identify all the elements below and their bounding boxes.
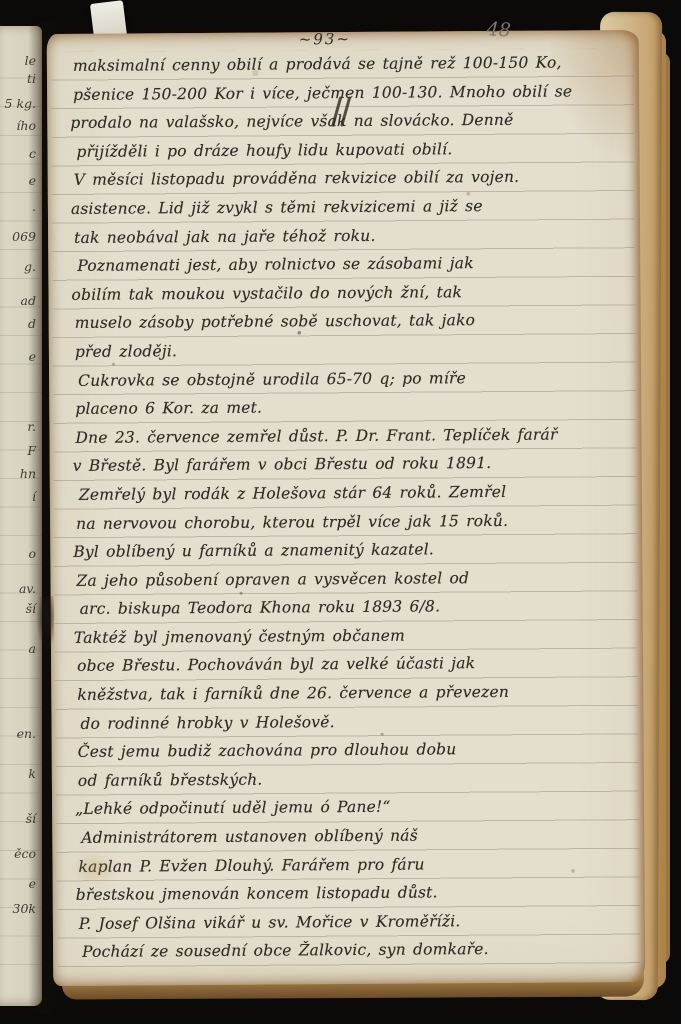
page-fragment: 069 (12, 229, 36, 244)
page-fragment: e (29, 876, 36, 891)
manuscript-line: Dne 23. července zemřel důst. P. Dr. Fra… (53, 420, 636, 453)
manuscript-line: Pochází ze sousední obce Žalkovic, syn d… (57, 934, 640, 967)
page-fragment: av. (19, 581, 36, 596)
manuscript-line: od farníků břestských. (56, 763, 639, 796)
page-fragment: g. (24, 259, 36, 274)
manuscript-line: arc. biskupa Teodora Khona roku 1893 6/8… (55, 591, 638, 624)
manuscript-line: přijížděli i po dráze houfy lidu kupovat… (51, 134, 634, 167)
left-page: leti5 kg.íhoce.069g.adder.Fhníoav.šíaen.… (0, 26, 42, 1006)
page-fragment: ší (26, 601, 36, 616)
manuscript-line: Za jeho působení opraven a vysvěcen kost… (54, 563, 637, 596)
page-fragment: ti (27, 71, 36, 86)
manuscript-line: V měsíci listopadu prováděna rekvizice o… (52, 162, 635, 195)
manuscript-lines: maksimalní cenny obilí a prodává se tajn… (51, 48, 640, 967)
page-number-pencil: 48 (486, 18, 512, 41)
manuscript-line: muselo zásoby potřebné sobě uschovat, ta… (53, 305, 636, 338)
manuscript-line: v Břestě. Byl farářem v obci Břestu od r… (54, 448, 637, 481)
manuscript-line: před zloději. (53, 334, 636, 367)
manuscript-line: Čest jemu budiž zachována pro dlouhou do… (56, 734, 639, 767)
ink-crossout-marks (335, 96, 357, 130)
manuscript-line: do rodinné hrobky v Holešově. (55, 706, 638, 739)
ink-smudge (36, 596, 54, 650)
page-fragment: en. (17, 726, 36, 741)
manuscript-line: kaplan P. Evžen Dlouhý. Farářem pro fáru (56, 849, 639, 882)
paper-stain (70, 852, 118, 886)
manuscript-line: břestskou jmenován koncem listopadu důst… (57, 877, 640, 910)
manuscript-line: Byl oblíbený u farníků a znamenitý kazat… (54, 534, 637, 567)
manuscript-line: kněžstva, tak i farníků dne 26. července… (55, 677, 638, 710)
manuscript-line: Administrátorem ustanoven oblíbený náš (56, 820, 639, 853)
book-photo: leti5 kg.íhoce.069g.adder.Fhníoav.šíaen.… (0, 0, 681, 1024)
page-number-ink: ~93~ (299, 30, 351, 48)
page-fragment: e (29, 349, 36, 364)
manuscript-line: „Lehké odpočinutí uděl jemu ó Pane!“ (56, 791, 639, 824)
manuscript-line: asistence. Lid již zvykl s těmi rekvizic… (52, 191, 635, 224)
page-fragment: o (28, 546, 36, 561)
page-fragment: 5 kg. (5, 96, 36, 111)
page-fragment: d (28, 316, 36, 331)
manuscript-line: na nervovou chorobu, kterou trpěl více j… (54, 505, 637, 538)
manuscript-line: placeno 6 Kor. za met. (53, 391, 636, 424)
page-fragment: ěco (14, 846, 36, 861)
manuscript-line: obilím tak moukou vystačilo do nových žn… (52, 277, 635, 310)
main-page: ~93~ 48 maksimalní cenny obilí a prodává… (47, 30, 646, 986)
manuscript-line: obce Břestu. Pochováván byl za velké úča… (55, 648, 638, 681)
page-fragment: c (29, 146, 36, 161)
manuscript-line: maksimalní cenny obilí a prodává se tajn… (51, 48, 634, 81)
page-fragment: le (25, 53, 36, 68)
manuscript-line: Cukrovka se obstojně urodila 65-70 q; po… (53, 363, 636, 396)
page-fragment: 30k (13, 901, 36, 916)
page-fragment: a (29, 641, 36, 656)
manuscript-line: Poznamenati jest, aby rolnictvo se zásob… (52, 248, 635, 281)
manuscript-line: tak neobával jak na jaře téhož roku. (52, 220, 635, 253)
page-fragment: k (28, 766, 36, 781)
page-fragment: ad (21, 293, 36, 308)
page-fragment: . (32, 199, 36, 214)
page-fragment: F (27, 443, 36, 458)
page-fragment: e (29, 173, 36, 188)
manuscript-line: Taktéž byl jmenovaný čestným občanem (55, 620, 638, 653)
manuscript-line: P. Josef Olšina vikář u sv. Mořice v Kro… (57, 906, 640, 939)
page-fragment: ší (26, 811, 36, 826)
ruled-lines: maksimalní cenny obilí a prodává se tajn… (51, 48, 640, 970)
page-fragment: ího (16, 118, 36, 133)
ink-specks (47, 34, 48, 35)
page-fragment: í (32, 489, 36, 504)
page-fragment: hn (20, 466, 36, 481)
page-fragment: r. (27, 419, 36, 434)
manuscript-line: Zemřelý byl rodák z Holešova stár 64 rok… (54, 477, 637, 510)
